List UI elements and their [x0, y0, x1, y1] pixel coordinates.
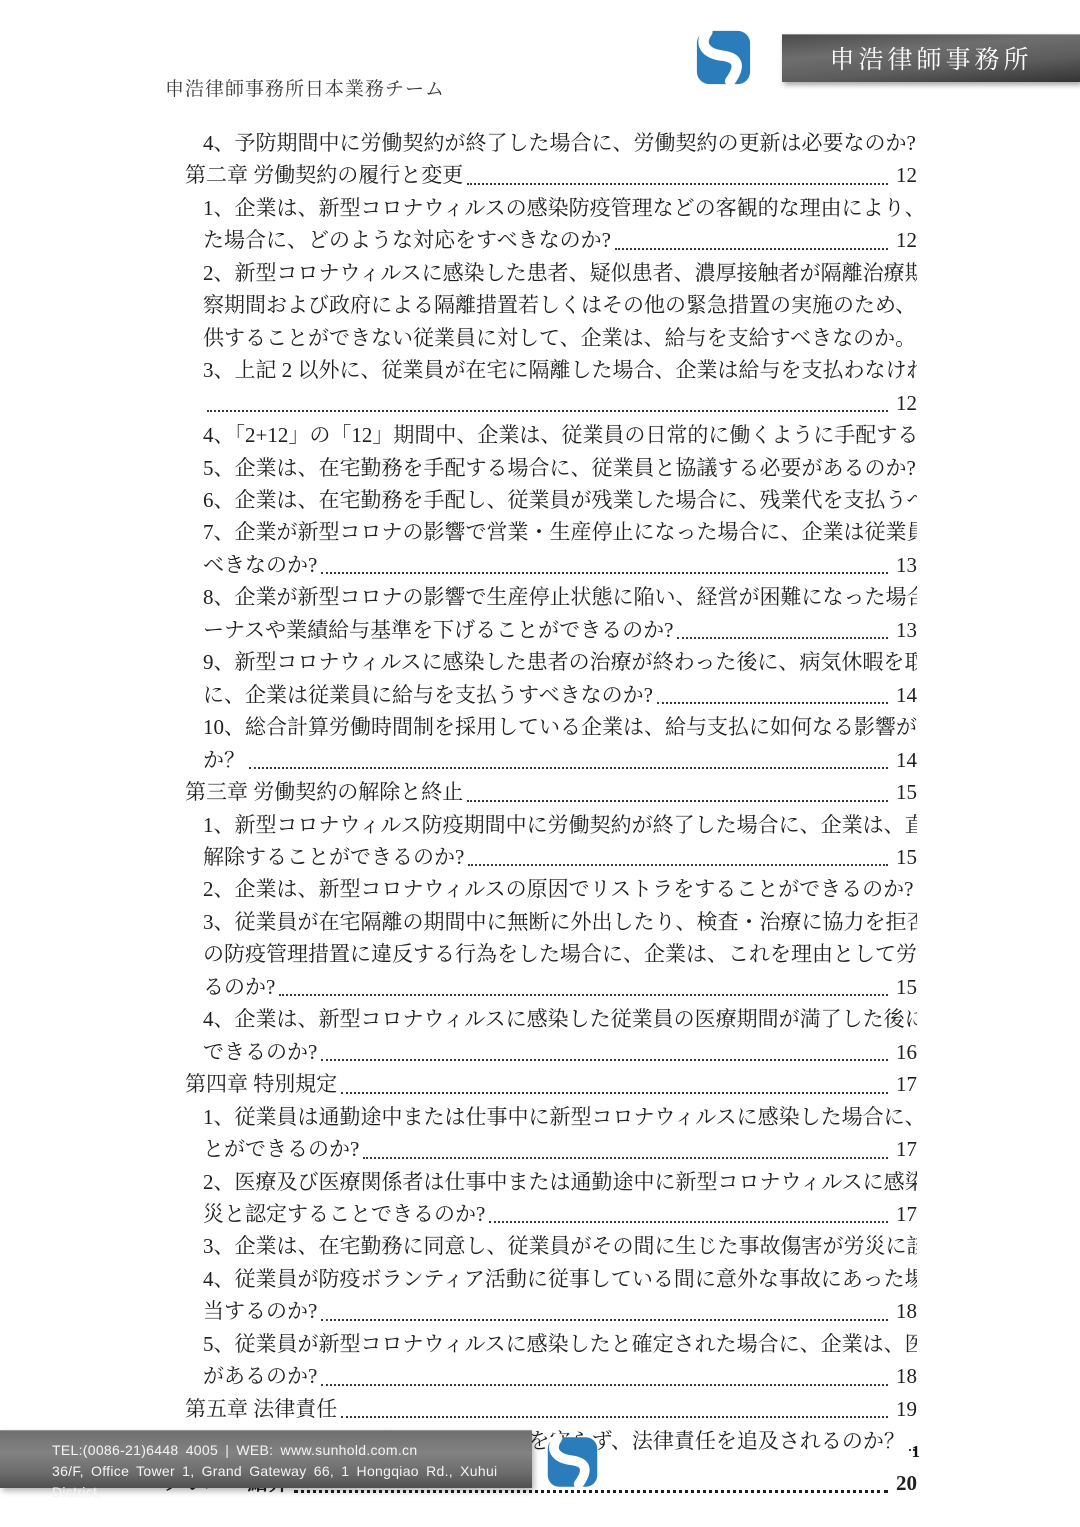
toc-page-number: 12: [891, 159, 917, 191]
toc-entry-text: とができるのか?: [203, 1133, 359, 1165]
toc-page-number: 13: [891, 549, 917, 581]
toc-entry: 5、企業は、在宅勤務を手配する場合に、従業員と協議する必要があるのか?13: [203, 452, 917, 484]
toc-entry-text: 6、企業は、在宅勤務を手配し、従業員が残業した場合に、残業代を支払うべきなのか?: [203, 484, 917, 516]
toc-entry-text: べきなのか?: [203, 549, 317, 581]
header-team-name: 申浩律師事務所日本業務チーム: [165, 74, 445, 101]
toc-entry-text: 第三章 労働契約の解除と終止: [185, 776, 463, 808]
toc-entry: 5、従業員が新型コロナウィルスに感染したと確定された場合に、企業は、医療費を支払…: [203, 1328, 917, 1393]
toc-entry-text: た場合に、どのような対応をすべきなのか?: [203, 224, 611, 256]
toc-entry-text: 第二章 労働契約の履行と変更: [185, 159, 463, 191]
toc-entry: 2、企業は、新型コロナウィルスの原因でリストラをすることができるのか?15: [203, 873, 917, 905]
toc-page-number: 12: [891, 224, 917, 256]
toc-entry-text: に、企業は従業員に給与を支払うすべきなのか?: [203, 679, 653, 711]
toc-entry: 1、新型コロナウィルス防疫期間中に労働契約が終了した場合に、企業は、直ちに労働契…: [203, 809, 917, 874]
toc-leader-dots: [677, 637, 888, 639]
toc-entry: 4、企業は、新型コロナウィルスに感染した従業員の医療期間が満了した後に、労働契約…: [203, 1003, 917, 1068]
toc-page-number: 19: [891, 1393, 917, 1425]
page-number: 1: [880, 1442, 920, 1462]
toc-entry-text: 解除することができるのか?: [203, 841, 464, 873]
toc-page-number: 17: [891, 1198, 917, 1230]
toc-entry: 1、企業は、新型コロナウィルスの感染防疫管理などの客観的な理由により、給与の支払…: [203, 192, 917, 257]
toc-leader-dots: [489, 1221, 888, 1223]
toc-page-number: 15: [891, 776, 917, 808]
toc-entry-text: 8、企業が新型コロナの影響で生産停止状態に陥い、経営が困難になった場合に、従業員…: [203, 581, 917, 613]
toc-entry: 3、企業は、在宅勤務に同意し、従業員がその間に生じた事故傷害が労災に該当するのか…: [203, 1230, 917, 1262]
footer-address-line2: 36/F, Office Tower 1, Grand Gateway 66, …: [52, 1461, 532, 1503]
toc-page-number: 14: [891, 679, 917, 711]
toc-entry-text: 7、企業が新型コロナの影響で営業・生産停止になった場合に、企業は従業員に給与を支…: [203, 516, 917, 548]
toc-entry-text: 第五章 法律責任: [185, 1393, 337, 1425]
toc-leader-dots: [249, 767, 888, 769]
toc-entry: 9、新型コロナウィルスに感染した患者の治療が終わった後に、病気休暇を取る必要があ…: [203, 646, 917, 711]
toc-entry-text: 当するのか?: [203, 1295, 317, 1327]
toc-entry: 2、新型コロナウィルスに感染した患者、疑似患者、濃厚接触者が隔離治療期間または医…: [203, 257, 917, 354]
document-page: 申浩律師事務所日本業務チーム 申浩律師事務所 4、予防期間中に労働契約が終了した…: [0, 0, 1080, 1527]
toc-entry-text: 4、「2+12」の「12」期間中、企業は、従業員の日常的に働くように手配すること…: [203, 419, 917, 451]
toc-page-number: 16: [891, 1036, 917, 1068]
toc-leader-dots: [341, 1416, 888, 1418]
toc-page-number: 13: [891, 614, 917, 646]
toc-leader-dots: [467, 183, 888, 185]
toc-entry-text: 1、企業は、新型コロナウィルスの感染防疫管理などの客観的な理由により、給与の支払…: [203, 192, 917, 224]
toc-entry-text: 4、従業員が防疫ボランティア活動に従事している間に意外な事故にあった場合に、労災…: [203, 1263, 917, 1295]
toc-entry-text: 4、予防期間中に労働契約が終了した場合に、労働契約の更新は必要なのか?: [203, 127, 916, 159]
toc-entry: 3、上記 2 以外に、従業員が在宅に隔離した場合、企業は給与を支払わなければなら…: [203, 354, 917, 419]
toc-entry-text: 2、企業は、新型コロナウィルスの原因でリストラをすることができるのか?: [203, 873, 914, 905]
toc-entry-text: 2、新型コロナウィルスに感染した患者、疑似患者、濃厚接触者が隔離治療期間または医…: [203, 257, 917, 289]
toc-entry: 第二章 労働契約の履行と変更12: [185, 159, 917, 191]
toc-page-number: 12: [891, 387, 917, 419]
toc-page-number: 20: [891, 1467, 917, 1499]
toc-entry-text: 9、新型コロナウィルスに感染した患者の治療が終わった後に、病気休暇を取る必要があ…: [203, 646, 917, 678]
toc-entry: 4、予防期間中に労働契約が終了した場合に、労働契約の更新は必要なのか?11: [203, 127, 917, 159]
toc-entry-text: 3、企業は、在宅勤務に同意し、従業員がその間に生じた事故傷害が労災に該当するのか…: [203, 1230, 917, 1262]
toc-entry: 1、従業員は通勤途中または仕事中に新型コロナウィルスに感染した場合に、労災と認定…: [203, 1101, 917, 1166]
firm-name-banner: 申浩律師事務所: [782, 34, 1080, 82]
footer-contact-line1: TEL:(0086-21)6448 4005 | WEB: www.sunhol…: [52, 1440, 532, 1461]
toc-leader-dots: [341, 1092, 888, 1094]
toc-entry: 10、総合計算労働時間制を採用している企業は、給与支払に如何なる影響が与えられる…: [203, 711, 917, 776]
toc-entry-text: 4、企業は、新型コロナウィルスに感染した従業員の医療期間が満了した後に、労働契約…: [203, 1003, 917, 1035]
toc-entry-text: るのか?: [203, 971, 275, 1003]
toc-page-number: 15: [891, 841, 917, 873]
toc: 4、予防期間中に労働契約が終了した場合に、労働契約の更新は必要なのか?11第二章…: [165, 127, 917, 1499]
toc-entry: 6、企業は、在宅勤務を手配し、従業員が残業した場合に、残業代を支払うべきなのか?…: [203, 484, 917, 516]
toc-entry-text: 1、従業員は通勤途中または仕事中に新型コロナウィルスに感染した場合に、労災と認定…: [203, 1101, 917, 1133]
toc-entry: 第三章 労働契約の解除と終止15: [185, 776, 917, 808]
toc-entry-text: の防疫管理措置に違反する行為をした場合に、企業は、これを理由として労働契約を解除…: [203, 938, 917, 970]
toc-entry: 4、従業員が防疫ボランティア活動に従事している間に意外な事故にあった場合に、労災…: [203, 1263, 917, 1328]
toc-entry-text: か？: [203, 744, 245, 776]
toc-entry-text: 1、新型コロナウィルス防疫期間中に労働契約が終了した場合に、企業は、直ちに労働契…: [203, 809, 917, 841]
toc-entry: 第五章 法律責任19: [185, 1393, 917, 1425]
toc-entry-text: 5、従業員が新型コロナウィルスに感染したと確定された場合に、企業は、医療費を支払…: [203, 1328, 917, 1360]
toc-leader-dots: [321, 1384, 888, 1386]
toc-leader-dots: [657, 702, 888, 704]
toc-entry: 3、従業員が在宅隔離の期間中に無断に外出したり、検査・治療に協力を拒否したりして…: [203, 906, 917, 1003]
toc-entry: 4、「2+12」の「12」期間中、企業は、従業員の日常的に働くように手配すること…: [203, 419, 917, 451]
toc-entry-text: 5、企業は、在宅勤務を手配する場合に、従業員と協議する必要があるのか?: [203, 452, 916, 484]
toc-entry-text: があるのか?: [203, 1360, 317, 1392]
toc-entry-text: できるのか?: [203, 1036, 317, 1068]
toc-entry-text: 災と認定することできるのか?: [203, 1198, 485, 1230]
toc-page-number: 17: [891, 1133, 917, 1165]
toc-page-number: 15: [891, 971, 917, 1003]
toc-leader-dots: [207, 410, 888, 412]
toc-page-number: 18: [891, 1295, 917, 1327]
toc-entry-text: 察期間および政府による隔離措置若しくはその他の緊急措置の実施のため、日常的労働を…: [203, 289, 917, 321]
toc-leader-dots: [321, 1319, 888, 1321]
toc-entry-text: 3、上記 2 以外に、従業員が在宅に隔離した場合、企業は給与を支払わなければなら…: [203, 354, 917, 386]
toc-entry: 第四章 特別規定17: [185, 1068, 917, 1100]
toc-leader-dots: [279, 994, 888, 996]
toc-leader-dots: [467, 800, 888, 802]
toc-leader-dots: [615, 248, 888, 250]
toc-leader-dots: [321, 1059, 888, 1061]
firm-name-text: 申浩律師事務所: [829, 40, 1032, 76]
toc-entry-text: 2、医療及び医療関係者は仕事中または通勤途中に新型コロナウィルスに感染した場合に…: [203, 1166, 917, 1198]
toc-page-number: 14: [891, 744, 917, 776]
toc-entry-text: 供することができない従業員に対して、企業は、給与を支給すべきなのか。: [203, 322, 916, 354]
toc-entry-text: ーナスや業績給与基準を下げることができるのか?: [203, 614, 673, 646]
toc-leader-dots: [321, 572, 888, 574]
sunhold-logo-icon: [695, 29, 752, 86]
toc-entry: 8、企業が新型コロナの影響で生産停止状態に陥い、経営が困難になった場合に、従業員…: [203, 581, 917, 646]
footer-bar: TEL:(0086-21)6448 4005 | WEB: www.sunhol…: [0, 1430, 532, 1488]
toc-page-number: 17: [891, 1068, 917, 1100]
toc-entry-text: 3、従業員が在宅隔離の期間中に無断に外出したり、検査・治療に協力を拒否したりして…: [203, 906, 917, 938]
sunhold-logo-icon-footer: [546, 1432, 599, 1492]
toc-leader-dots: [363, 1157, 888, 1159]
toc-entry: 7、企業が新型コロナの影響で営業・生産停止になった場合に、企業は従業員に給与を支…: [203, 516, 917, 581]
toc-page-number: 18: [891, 1360, 917, 1392]
toc-leader-dots: [468, 864, 888, 866]
toc-entry-text: 第四章 特別規定: [185, 1068, 337, 1100]
toc-entry: 2、医療及び医療関係者は仕事中または通勤途中に新型コロナウィルスに感染した場合に…: [203, 1166, 917, 1231]
toc-entry-text: 10、総合計算労働時間制を採用している企業は、給与支払に如何なる影響が与えられる…: [203, 711, 917, 743]
